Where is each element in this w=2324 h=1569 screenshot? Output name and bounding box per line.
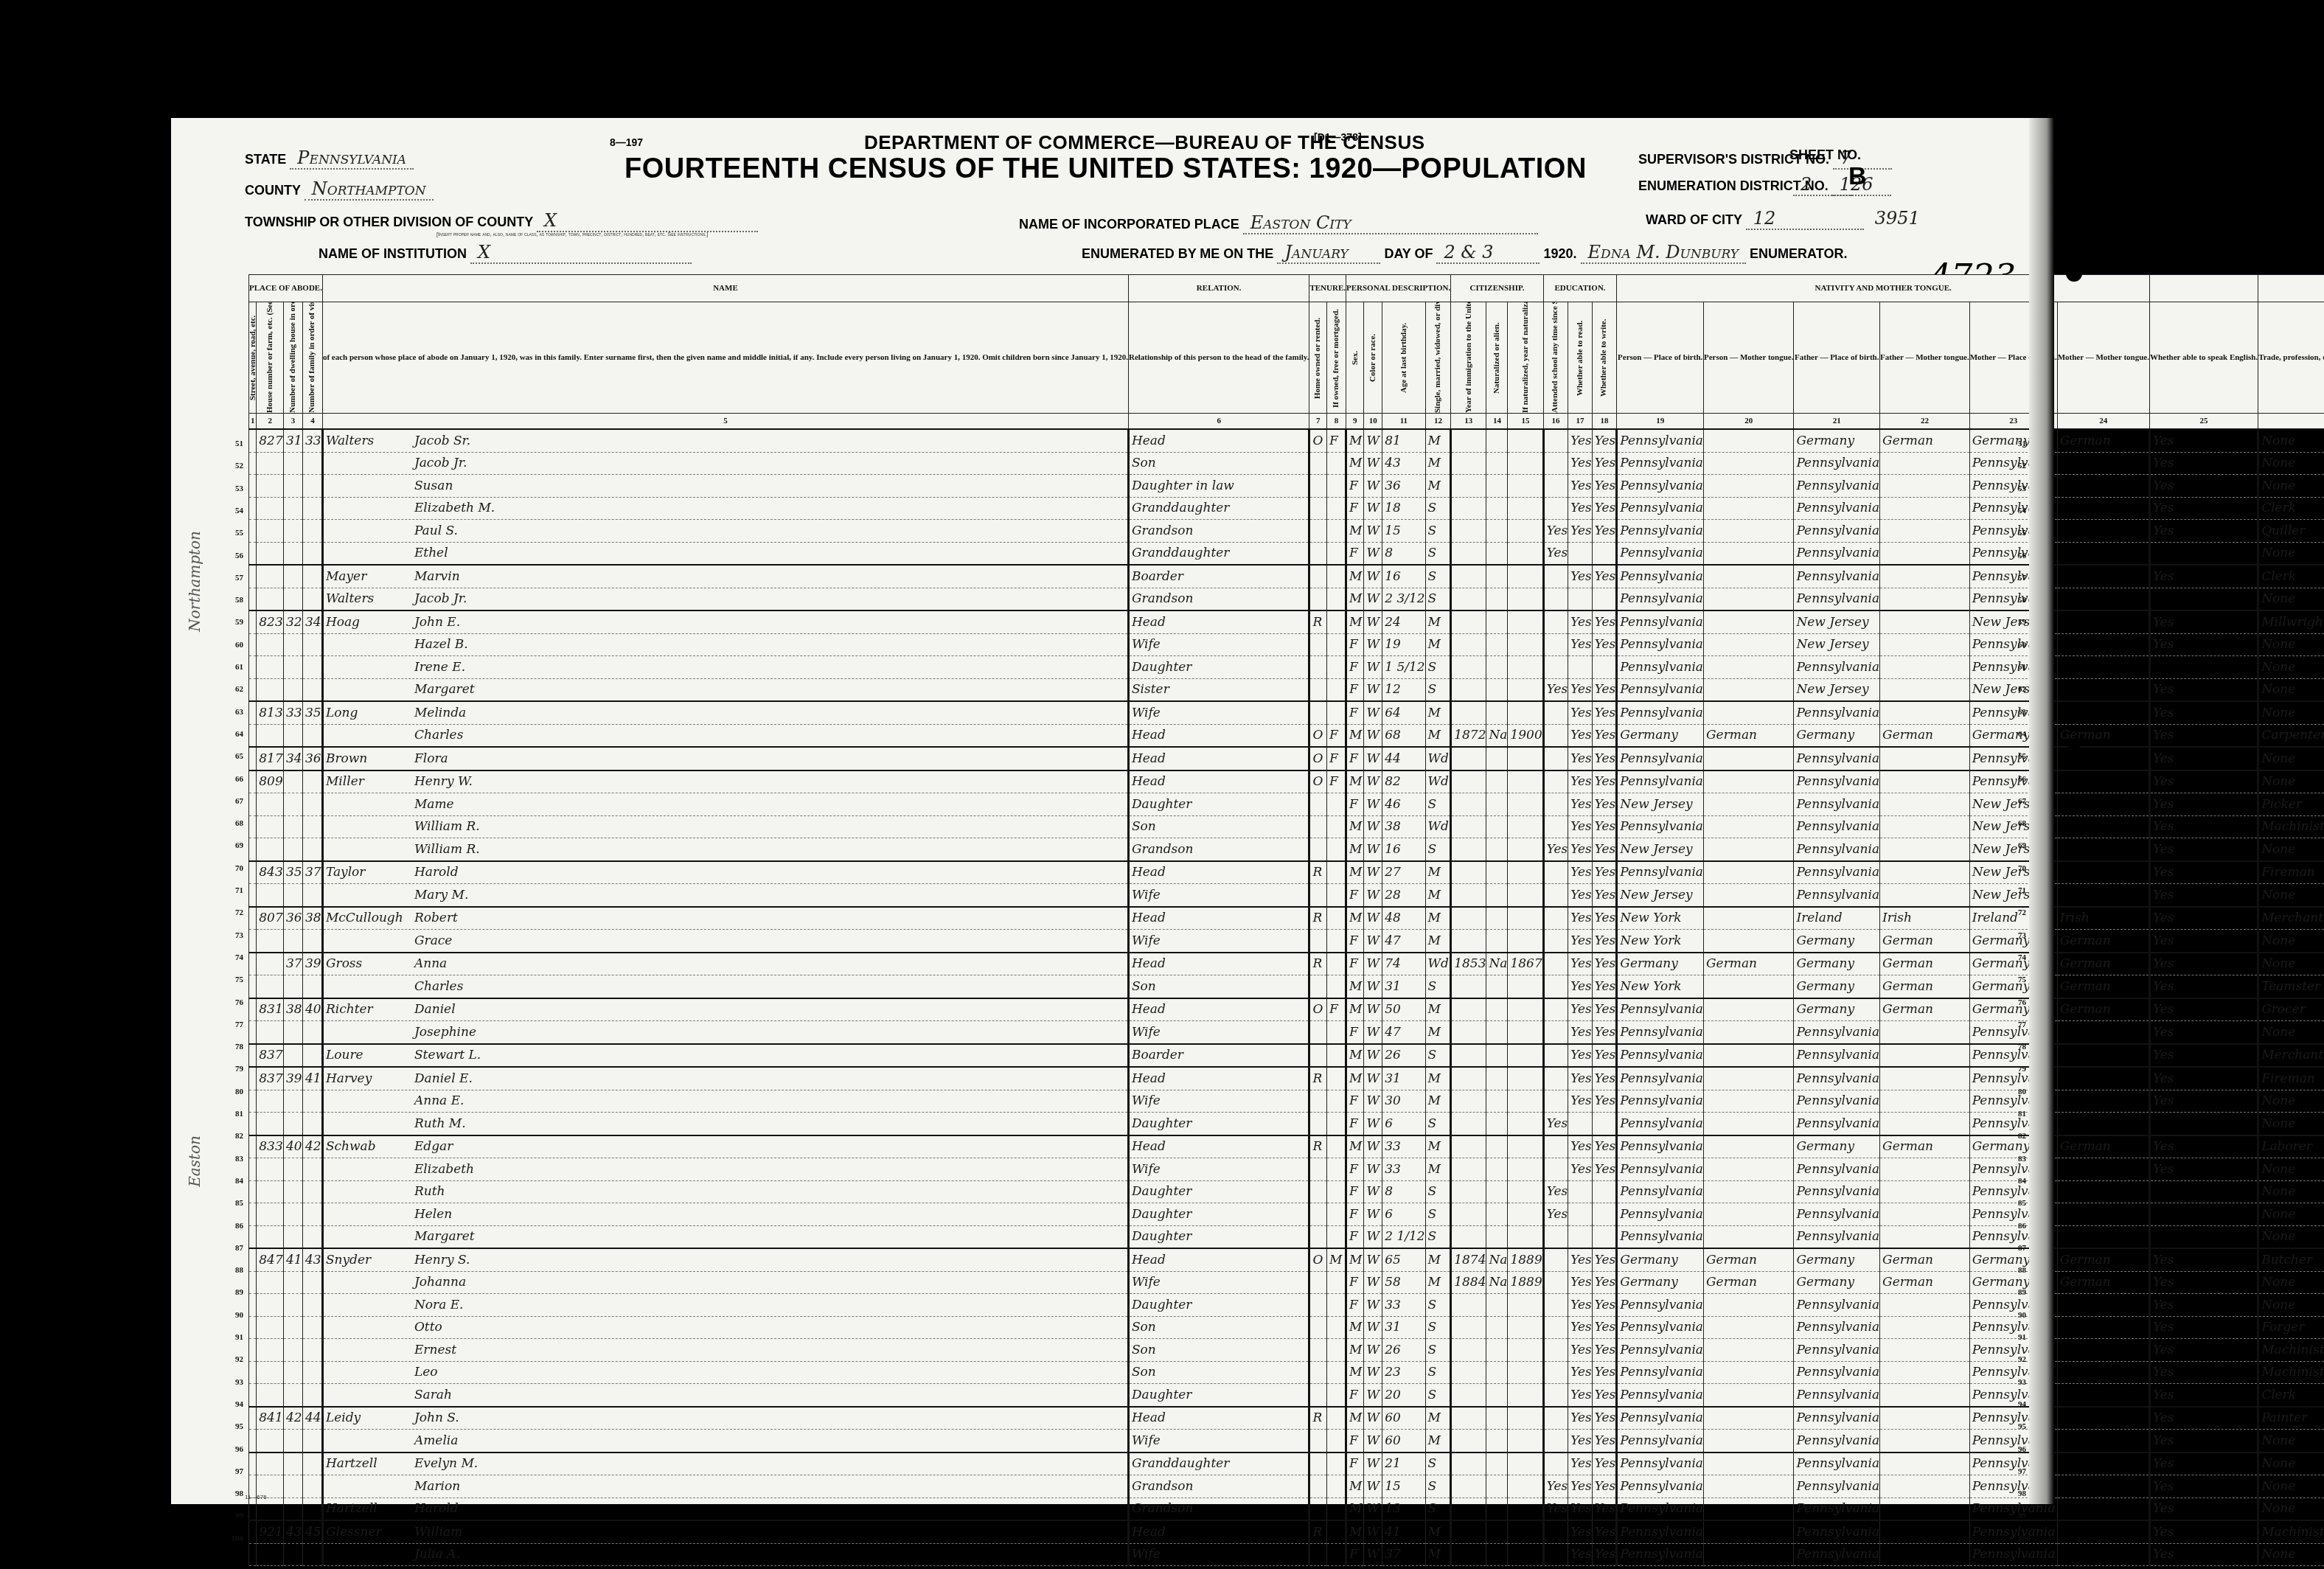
- enumerated-day: 2 & 3: [1436, 242, 1540, 264]
- surname: Mayer: [326, 569, 414, 584]
- cell-mmt: [2057, 542, 2149, 565]
- person-name-cell: LongMelinda: [322, 701, 1128, 724]
- cell-c7: O: [1309, 1248, 1327, 1271]
- cell-c16: Yes: [1543, 1180, 1568, 1203]
- cell-ms: S: [1425, 1475, 1451, 1498]
- cell-c16: [1543, 1044, 1568, 1068]
- cell-mpob: Pennsylvania: [1969, 1543, 2057, 1566]
- column-number: 12: [1425, 414, 1451, 430]
- cell-fpob: Pennsylvania: [1794, 1225, 1880, 1248]
- cell-occ: None: [2258, 953, 2324, 975]
- cell-pob: Pennsylvania: [1617, 1430, 1704, 1453]
- cell-pob: New Jersey: [1617, 884, 1704, 907]
- line-number: 89: [221, 1288, 243, 1297]
- cell-mmt: [2057, 1453, 2149, 1475]
- cell-c2: [257, 656, 284, 679]
- form-number: 8—197: [610, 136, 643, 148]
- table-row: 9214345GlessnerWilliamHeadRMW41MYesYesPe…: [249, 1520, 2324, 1543]
- cell-c14: [1486, 656, 1508, 679]
- county-field: COUNTY Northampton: [245, 178, 434, 201]
- column-number: 26: [2258, 414, 2324, 430]
- cell-c4: [302, 452, 322, 475]
- cell-eng: [2149, 588, 2258, 610]
- cell-mt: [1704, 1407, 1794, 1430]
- cell-eng: [2149, 1113, 2258, 1135]
- given-name: Paul S.: [414, 523, 458, 538]
- given-name: John S.: [414, 1410, 459, 1425]
- cell-age: 2 3/12: [1382, 588, 1425, 610]
- cell-c14: [1486, 907, 1508, 930]
- cell-c2: [257, 1316, 284, 1339]
- cell-c4: [302, 1271, 322, 1294]
- cell-age: 31: [1382, 1316, 1425, 1339]
- cell-ms: S: [1425, 1294, 1451, 1317]
- cell-c13: [1451, 1113, 1486, 1135]
- line-number: 79: [2018, 1065, 2026, 1074]
- line-number: 65: [2018, 752, 2026, 761]
- cell-c13: [1451, 656, 1486, 679]
- cell-sex: F: [1346, 1453, 1364, 1475]
- cell-c14: [1486, 1158, 1508, 1181]
- cell-fpob: Pennsylvania: [1794, 542, 1880, 565]
- cell-c4: [302, 565, 322, 588]
- cell-c2: [257, 588, 284, 610]
- given-name: Evelyn M.: [414, 1456, 478, 1471]
- cell-street: [249, 953, 257, 975]
- cell-sex: M: [1346, 610, 1364, 633]
- cell-c14: Na: [1486, 953, 1508, 975]
- cell-sex: M: [1346, 815, 1364, 838]
- cell-fpob: Pennsylvania: [1794, 1113, 1880, 1135]
- cell-ms: M: [1425, 998, 1451, 1021]
- cell-pob: Pennsylvania: [1617, 1453, 1704, 1475]
- given-name: Ruth M.: [414, 1116, 466, 1131]
- surname: Leidy: [326, 1410, 414, 1425]
- cell-c3: 33: [284, 701, 303, 724]
- cell-c16: [1543, 656, 1568, 679]
- cell-street: [249, 1430, 257, 1453]
- line-number: 94: [2018, 1400, 2026, 1409]
- cell-c2: [257, 793, 284, 816]
- cell-c16: Yes: [1543, 838, 1568, 861]
- table-row: 3739GrossAnnaHeadRFW74Wd1853Na1867YesYes…: [249, 953, 2324, 975]
- cell-eng: Yes: [2149, 838, 2258, 861]
- cell-age: 19: [1382, 633, 1425, 656]
- cell-c14: [1486, 1384, 1508, 1407]
- cell-rel: Head: [1128, 953, 1309, 975]
- cell-c18: Yes: [1592, 701, 1617, 724]
- cell-c7: [1309, 1113, 1327, 1135]
- enumerator-name: Edna M. Dunbury: [1581, 242, 1747, 264]
- cell-rel: Wife: [1128, 1158, 1309, 1181]
- cell-occ: Quiller: [2258, 520, 2324, 543]
- given-name: Henry S.: [414, 1253, 470, 1267]
- person-name-cell: BrownFlora: [322, 747, 1128, 770]
- cell-c13: [1451, 747, 1486, 770]
- cell-sex: F: [1346, 1180, 1364, 1203]
- line-number: 83: [2018, 1155, 2026, 1163]
- cell-eng: Yes: [2149, 1067, 2258, 1090]
- line-number: 61: [221, 663, 243, 672]
- cell-c13: 1884: [1451, 1271, 1486, 1294]
- cell-c17: Yes: [1568, 1384, 1593, 1407]
- cell-street: [249, 770, 257, 793]
- cell-c4: [302, 1113, 322, 1135]
- cell-c2: [257, 633, 284, 656]
- cell-c8: [1327, 497, 1346, 520]
- cell-c8: [1327, 1453, 1346, 1475]
- column-header: Attended school any time since Sept. 1, …: [1543, 302, 1568, 414]
- cell-sex: F: [1346, 1203, 1364, 1226]
- cell-c16: [1543, 1407, 1568, 1430]
- cell-c8: M: [1327, 1248, 1346, 1271]
- cell-pob: New Jersey: [1617, 793, 1704, 816]
- cell-fpob: Pennsylvania: [1794, 1021, 1880, 1044]
- cell-c8: [1327, 1384, 1346, 1407]
- cell-fmt: [1880, 678, 1970, 701]
- cell-fmt: [1880, 1520, 1970, 1543]
- line-number: 54: [2018, 507, 2026, 515]
- given-name: Leo: [414, 1365, 438, 1380]
- cell-c17: Yes: [1568, 884, 1593, 907]
- cell-c3: [284, 1543, 303, 1566]
- line-number: 91: [221, 1333, 243, 1342]
- cell-pob: New York: [1617, 930, 1704, 953]
- cell-c13: [1451, 1384, 1486, 1407]
- cell-c7: [1309, 1158, 1327, 1181]
- cell-c3: 40: [284, 1135, 303, 1158]
- sheet-label: SHEET NO.: [1789, 147, 1861, 163]
- cell-mt: [1704, 1543, 1794, 1566]
- cell-race: W: [1364, 1339, 1382, 1362]
- cell-mmt: German: [2057, 1271, 2149, 1294]
- cell-c2: [257, 1453, 284, 1475]
- cell-sex: F: [1346, 701, 1364, 724]
- person-name-cell: Mame: [322, 793, 1128, 816]
- cell-mt: [1704, 1158, 1794, 1181]
- cell-c2: [257, 815, 284, 838]
- given-name: Flora: [414, 751, 448, 766]
- cell-c8: [1327, 1271, 1346, 1294]
- cell-ms: S: [1425, 678, 1451, 701]
- cell-c3: [284, 770, 303, 793]
- cell-race: W: [1364, 953, 1382, 975]
- cell-age: 23: [1382, 1361, 1425, 1384]
- cell-c14: Na: [1486, 1248, 1508, 1271]
- cell-fpob: Pennsylvania: [1794, 452, 1880, 475]
- cell-c18: Yes: [1592, 565, 1617, 588]
- cell-sex: F: [1346, 884, 1364, 907]
- cell-c16: [1543, 770, 1568, 793]
- cell-occ: None: [2258, 1180, 2324, 1203]
- cell-c17: Yes: [1568, 724, 1593, 747]
- cell-mt: [1704, 633, 1794, 656]
- person-name-cell: Mary M.: [322, 884, 1128, 907]
- cell-race: W: [1364, 770, 1382, 793]
- given-name: Grace: [414, 933, 452, 948]
- cell-c15: [1508, 1135, 1543, 1158]
- cell-occ: Picker: [2258, 793, 2324, 816]
- cell-c3: [284, 1090, 303, 1113]
- cell-mt: [1704, 452, 1794, 475]
- person-name-cell: Julia A.: [322, 1543, 1128, 1566]
- cell-rel: Grandson: [1128, 520, 1309, 543]
- cell-c15: [1508, 610, 1543, 633]
- cell-pob: Pennsylvania: [1617, 475, 1704, 498]
- cell-c2: 837: [257, 1044, 284, 1068]
- cell-c3: [284, 1158, 303, 1181]
- cell-rel: Son: [1128, 815, 1309, 838]
- cell-c18: Yes: [1592, 953, 1617, 975]
- cell-c7: [1309, 475, 1327, 498]
- cell-c13: 1874: [1451, 1248, 1486, 1271]
- given-name: Margaret: [414, 682, 475, 697]
- line-number: 55: [2018, 529, 2026, 538]
- cell-c14: [1486, 497, 1508, 520]
- cell-sex: M: [1346, 429, 1364, 452]
- line-number: 90: [221, 1311, 243, 1320]
- cell-c13: [1451, 565, 1486, 588]
- cell-c17: [1568, 588, 1593, 610]
- cell-c3: [284, 884, 303, 907]
- cell-mmt: German: [2057, 930, 2149, 953]
- cell-c15: [1508, 1203, 1543, 1226]
- table-row: CharlesSonMW31SYesYesNew YorkGermanyGerm…: [249, 975, 2324, 998]
- cell-mt: [1704, 907, 1794, 930]
- cell-c17: Yes: [1568, 930, 1593, 953]
- surname: Loure: [326, 1048, 414, 1062]
- cell-age: 31: [1382, 1067, 1425, 1090]
- cell-fmt: German: [1880, 1135, 1970, 1158]
- cell-c3: 35: [284, 861, 303, 884]
- cell-c13: [1451, 1067, 1486, 1090]
- cell-ms: M: [1425, 1271, 1451, 1294]
- given-name: Harold: [414, 1501, 459, 1516]
- cell-rel: Wife: [1128, 1021, 1309, 1044]
- cell-mt: [1704, 520, 1794, 543]
- cell-sex: M: [1346, 520, 1364, 543]
- given-name: Anna E.: [414, 1093, 465, 1108]
- line-number: 66: [221, 775, 243, 784]
- cell-age: 33: [1382, 1135, 1425, 1158]
- column-group-header: CITIZENSHIP.: [1451, 275, 1544, 302]
- cell-c2: 843: [257, 861, 284, 884]
- cell-c16: [1543, 907, 1568, 930]
- cell-c2: [257, 953, 284, 975]
- cell-fpob: Pennsylvania: [1794, 1475, 1880, 1498]
- person-name-cell: HartzellEvelyn M.: [322, 1453, 1128, 1475]
- cell-street: [249, 861, 257, 884]
- cell-c14: [1486, 1090, 1508, 1113]
- cell-c8: [1327, 1158, 1346, 1181]
- cell-c8: [1327, 1113, 1346, 1135]
- cell-rel: Daughter: [1128, 656, 1309, 679]
- cell-ms: S: [1425, 1113, 1451, 1135]
- cell-ms: M: [1425, 452, 1451, 475]
- cell-rel: Son: [1128, 1361, 1309, 1384]
- cell-eng: Yes: [2149, 1316, 2258, 1339]
- given-name: John E.: [414, 615, 460, 630]
- cell-c4: [302, 656, 322, 679]
- cell-c3: [284, 1044, 303, 1068]
- cell-c17: Yes: [1568, 793, 1593, 816]
- person-name-cell: LoureStewart L.: [322, 1044, 1128, 1068]
- cell-pob: Pennsylvania: [1617, 610, 1704, 633]
- cell-mpob: Pennsylvania: [1969, 1520, 2057, 1543]
- cell-c3: [284, 1475, 303, 1498]
- cell-street: [249, 815, 257, 838]
- table-row: Irene E.DaughterFW1 5/12SPennsylvaniaPen…: [249, 656, 2324, 679]
- line-number: 69: [221, 841, 243, 850]
- cell-ms: S: [1425, 1361, 1451, 1384]
- given-name: Robert: [414, 911, 458, 925]
- table-row: 8073638McCulloughRobertHeadRMW48MYesYesN…: [249, 907, 2324, 930]
- cell-fpob: Germany: [1794, 998, 1880, 1021]
- cell-c3: [284, 678, 303, 701]
- table-row: Ruth M.DaughterFW6SYesPennsylvaniaPennsy…: [249, 1113, 2324, 1135]
- cell-c17: Yes: [1568, 1520, 1593, 1543]
- cell-mmt: [2057, 1316, 2149, 1339]
- cell-sex: F: [1346, 1021, 1364, 1044]
- cell-fpob: Germany: [1794, 975, 1880, 998]
- cell-c17: Yes: [1568, 998, 1593, 1021]
- line-number: 87: [221, 1244, 243, 1253]
- person-name-cell: Margaret: [322, 1225, 1128, 1248]
- cell-c15: [1508, 1021, 1543, 1044]
- cell-race: W: [1364, 1271, 1382, 1294]
- cell-race: W: [1364, 1248, 1382, 1271]
- cell-mmt: [2057, 1203, 2149, 1226]
- line-number: 53: [221, 484, 243, 493]
- cell-c4: [302, 815, 322, 838]
- cell-c13: [1451, 884, 1486, 907]
- cell-c3: 32: [284, 610, 303, 633]
- cell-c18: Yes: [1592, 907, 1617, 930]
- line-number: 95: [2018, 1422, 2026, 1431]
- cell-occ: Millwright: [2258, 610, 2324, 633]
- cell-c16: [1543, 930, 1568, 953]
- cell-sex: M: [1346, 1361, 1364, 1384]
- cell-c2: [257, 1384, 284, 1407]
- table-row: CharlesHeadOFMW68M1872Na1900YesYesGerman…: [249, 724, 2324, 747]
- line-number: 75: [221, 975, 243, 984]
- person-name-cell: Amelia: [322, 1430, 1128, 1453]
- person-name-cell: William R.: [322, 838, 1128, 861]
- binder-hole: [2066, 745, 2082, 761]
- census-table: PLACE OF ABODE.NAMERELATION.TENURE.PERSO…: [248, 274, 2324, 1566]
- line-number: 93: [221, 1378, 243, 1387]
- cell-c13: [1451, 520, 1486, 543]
- cell-c13: [1451, 1543, 1486, 1566]
- cell-c18: Yes: [1592, 838, 1617, 861]
- cell-c4: 43: [302, 1248, 322, 1271]
- cell-fmt: [1880, 520, 1970, 543]
- cell-fpob: Pennsylvania: [1794, 1430, 1880, 1453]
- cell-ms: M: [1425, 1520, 1451, 1543]
- cell-race: W: [1364, 1180, 1382, 1203]
- cell-street: [249, 1180, 257, 1203]
- cell-c17: Yes: [1568, 815, 1593, 838]
- cell-c7: [1309, 520, 1327, 543]
- surname: Gross: [326, 956, 414, 971]
- cell-sex: M: [1346, 998, 1364, 1021]
- cell-c7: [1309, 1294, 1327, 1317]
- table-row: 8273133WaltersJacob Sr.HeadOFMW81MYesYes…: [249, 429, 2324, 452]
- cell-mmt: [2057, 588, 2149, 610]
- cell-rel: Daughter in law: [1128, 475, 1309, 498]
- cell-mmt: German: [2057, 1135, 2149, 1158]
- cell-ms: S: [1425, 1497, 1451, 1520]
- cell-c3: [284, 475, 303, 498]
- line-number: 60: [2018, 641, 2026, 650]
- cell-street: [249, 793, 257, 816]
- cell-c15: [1508, 1361, 1543, 1384]
- cell-c17: Yes: [1568, 1543, 1593, 1566]
- person-name-cell: Susan: [322, 475, 1128, 498]
- cell-c13: [1451, 678, 1486, 701]
- cell-c13: [1451, 1135, 1486, 1158]
- cell-occ: Fireman: [2258, 1067, 2324, 1090]
- cell-c17: [1568, 656, 1593, 679]
- cell-occ: Laborer: [2258, 1135, 2324, 1158]
- person-name-cell: Sarah: [322, 1384, 1128, 1407]
- line-number: 86: [221, 1222, 243, 1231]
- cell-c7: R: [1309, 861, 1327, 884]
- given-name: Ruth: [414, 1184, 445, 1199]
- cell-c14: [1486, 610, 1508, 633]
- cell-race: W: [1364, 452, 1382, 475]
- column-header: Father — Mother tongue.: [1880, 302, 1970, 414]
- line-number: 59: [2018, 618, 2026, 627]
- cell-c15: [1508, 1180, 1543, 1203]
- cell-occ: None: [2258, 542, 2324, 565]
- cell-c13: [1451, 998, 1486, 1021]
- column-number: 15: [1508, 414, 1543, 430]
- cell-mmt: [2057, 1339, 2149, 1362]
- line-number: 89: [2018, 1288, 2026, 1297]
- cell-c14: [1486, 542, 1508, 565]
- cell-c8: [1327, 953, 1346, 975]
- cell-fmt: [1880, 701, 1970, 724]
- cell-rel: Wife: [1128, 701, 1309, 724]
- cell-sex: M: [1346, 1135, 1364, 1158]
- cell-c4: 44: [302, 1407, 322, 1430]
- table-row: ErnestSonMW26SYesYesPennsylvaniaPennsylv…: [249, 1339, 2324, 1362]
- cell-eng: Yes: [2149, 1090, 2258, 1113]
- cell-c18: [1592, 1180, 1617, 1203]
- line-number: 87: [2018, 1244, 2026, 1253]
- cell-c7: [1309, 1361, 1327, 1384]
- cell-fmt: German: [1880, 429, 1970, 452]
- person-name-cell: WaltersJacob Sr.: [322, 429, 1128, 452]
- cell-race: W: [1364, 588, 1382, 610]
- cell-c8: [1327, 678, 1346, 701]
- cell-c4: [302, 1225, 322, 1248]
- line-number: 61: [2018, 663, 2026, 672]
- cell-c17: Yes: [1568, 1294, 1593, 1317]
- cell-c15: [1508, 1430, 1543, 1453]
- cell-age: 26: [1382, 1044, 1425, 1068]
- cell-occ: None: [2258, 1225, 2324, 1248]
- cell-c7: [1309, 452, 1327, 475]
- cell-c7: [1309, 656, 1327, 679]
- cell-c4: 39: [302, 953, 322, 975]
- cell-c14: [1486, 1203, 1508, 1226]
- cell-c7: O: [1309, 770, 1327, 793]
- cell-occ: None: [2258, 1497, 2324, 1520]
- cell-c18: [1592, 542, 1617, 565]
- cell-c2: 827: [257, 429, 284, 452]
